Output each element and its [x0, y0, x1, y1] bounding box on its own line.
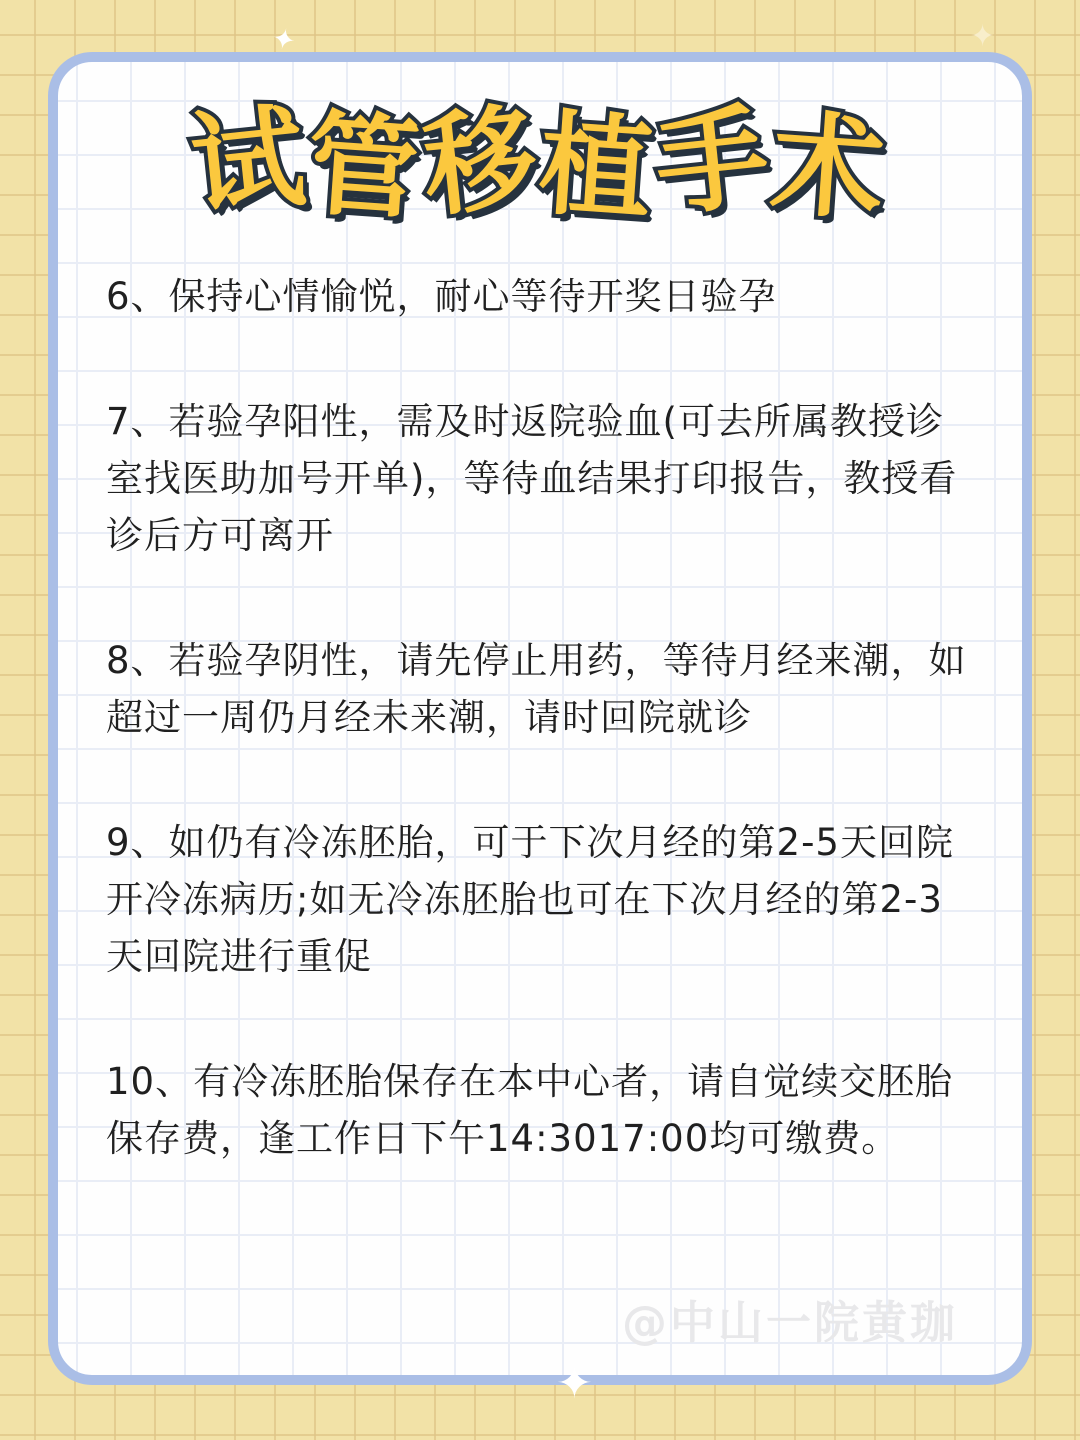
note-card: 试管移植手术 6、保持心情愉悦，耐心等待开奖日验孕 7、若验孕阳性，需及时返院验…	[48, 52, 1032, 1385]
page-background: ✦ ✦ ✦ 试管移植手术 6、保持心情愉悦，耐心等待开奖日验孕 7、若验孕阳性，…	[0, 0, 1080, 1440]
list-item-10: 10、有冷冻胚胎保存在本中心者，请自觉续交胚胎保存费，逢工作日下午14:3017…	[106, 1053, 972, 1167]
sparkle-icon: ✦	[970, 22, 995, 52]
list-item-7: 7、若验孕阳性，需及时返院验血(可去所属教授诊室找医助加号开单)，等待血结果打印…	[106, 393, 972, 564]
instruction-list: 6、保持心情愉悦，耐心等待开奖日验孕 7、若验孕阳性，需及时返院验血(可去所属教…	[58, 268, 1022, 1167]
list-item-8: 8、若验孕阴性，请先停止用药，等待月经来潮，如超过一周仍月经未来潮，请时回院就诊	[106, 632, 972, 746]
list-item-9: 9、如仍有冷冻胚胎，可于下次月经的第2-5天回院开冷冻病历;如无冷冻胚胎也可在下…	[106, 814, 972, 985]
page-title: 试管移植手术	[68, 96, 1012, 228]
watermark: @中山一院黄珈	[622, 1286, 958, 1351]
list-item-6: 6、保持心情愉悦，耐心等待开奖日验孕	[106, 268, 972, 325]
